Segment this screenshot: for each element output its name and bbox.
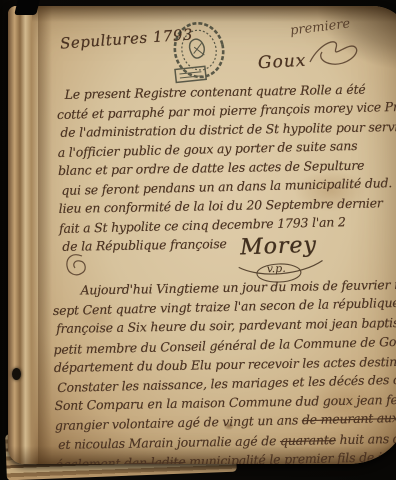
struck-text: de meurant aux dit goux: [302, 409, 396, 428]
paraph-flourish-icon: [304, 34, 362, 70]
struck-text: dan ladite: [124, 454, 186, 464]
signature-block: Morey v.p.: [240, 233, 318, 261]
scanned-register-page: Sepultures 1793 premiere Goux Le present…: [0, 0, 396, 480]
place-heading: Goux: [258, 51, 307, 74]
handwritten-text: huit ans demeurant: [336, 430, 396, 447]
binding-hole: [12, 368, 21, 380]
act-paragraph: Aujourd'hui Vingtieme un jour du mois de…: [52, 275, 396, 464]
paraph-doodle-icon: [62, 250, 92, 280]
ink-stamp-icon: [168, 20, 232, 88]
handwritten-text: également: [55, 455, 124, 464]
preamble-paragraph: Le present Registre contenant quatre Rol…: [57, 79, 396, 256]
signature-initials: v.p.: [267, 262, 286, 276]
binding-spine-edge: [8, 6, 38, 464]
binding-crease-shadow: [38, 6, 52, 464]
fastener-clip: [14, 0, 40, 15]
struck-text: quarante: [280, 432, 336, 448]
handwritten-text: et nicoulas Marain journalie agé de: [58, 433, 280, 452]
handwritten-text: municipalité le premier fils de jean: [185, 449, 396, 464]
manuscript-paper: Sepultures 1793 premiere Goux Le present…: [8, 6, 396, 464]
